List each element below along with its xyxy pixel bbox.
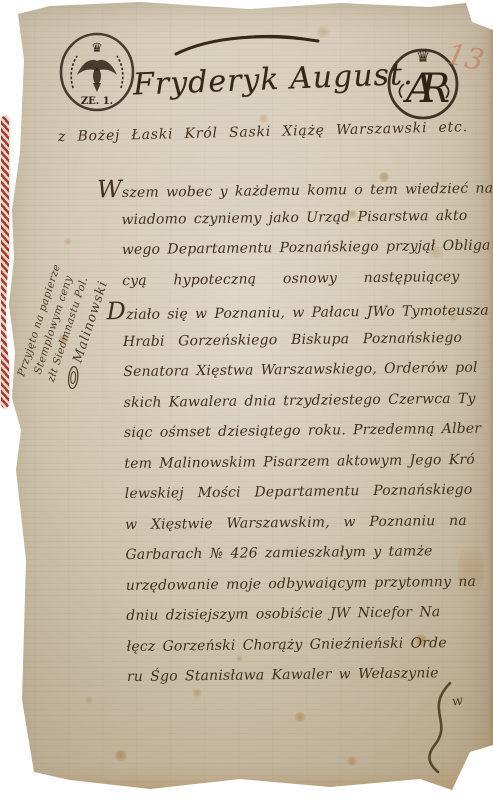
body-text: Wszem wobec y każdemu komu o tem wiedzie… (95, 170, 489, 693)
body-line: cyą hypoteczną osnowy następuiącey (122, 261, 484, 296)
title-flourish (172, 30, 322, 58)
laurel-wreath-icon (117, 56, 123, 88)
stain (346, 756, 358, 766)
body-line: wego Departamentu Poznańskiego przyjął O… (122, 231, 484, 266)
body-line: siąc ośmset dziesiątego roku. Przedemną … (124, 414, 486, 449)
body-line: w Xięstwie Warszawskim, w Poznaniu na (125, 505, 487, 540)
body-line: Działo się w Poznaniu, w Pałacu JWo Tymo… (106, 292, 484, 327)
stain (294, 712, 306, 722)
crown-icon: ♛ (416, 47, 430, 66)
seal-caption: ZE. 1. (81, 96, 113, 107)
body-line: Wszem wobec y każdemu komu o tem wiedzie… (97, 170, 483, 205)
body-line: Hrabi Gorzeńskiego Biskupa Poznańskiego (123, 322, 485, 357)
stain (114, 750, 128, 761)
body-line: Garbarach № 426 zamieszkałym y tamże (125, 536, 487, 571)
closing-flourish (412, 680, 456, 775)
monogram-swash (399, 84, 404, 98)
crown-icon: ♛ (91, 41, 103, 56)
body-line: tem Malinowskim Pisarzem aktowym Jego Kr… (124, 444, 486, 479)
body-line: lewskiej Mości Departamentu Poznańskiego (125, 475, 487, 510)
binding-cord (1, 116, 9, 408)
stain (258, 114, 269, 123)
monogram-letter-r: R (419, 66, 450, 112)
folio-number: 13 (444, 37, 487, 78)
eagle-body (93, 68, 101, 84)
eagle-seal-stamp: ♛ ZE. 1. (56, 30, 138, 114)
stain (84, 696, 93, 704)
catchword: w (451, 693, 464, 709)
manuscript-page: ♛ ZE. 1. Fryderyk August. ♛ A R 13 z Boż… (0, 0, 493, 800)
body-line: łęcz Gorzeński Chorąży Gnieźnieński Orde (126, 627, 488, 662)
page-background: { "document": { "folio_number": "13", "c… (0, 0, 493, 800)
body-line: wiadomo czyniemy jako Urząd Pisarstwa ak… (121, 200, 483, 235)
body-line: Senatora Xięstwa Warszawskiego, Orderów … (123, 353, 485, 388)
eagle-tail (93, 83, 101, 92)
body-line: urzędowanie moje odbywaiącym przytomny n… (126, 566, 488, 601)
body-line: dniu dzisiejszym osobiście JW Nicefor Na (126, 597, 488, 632)
body-line: skich Kawalera dnia trzydziestego Czerwc… (123, 383, 485, 418)
laurel-wreath-icon (71, 56, 77, 88)
